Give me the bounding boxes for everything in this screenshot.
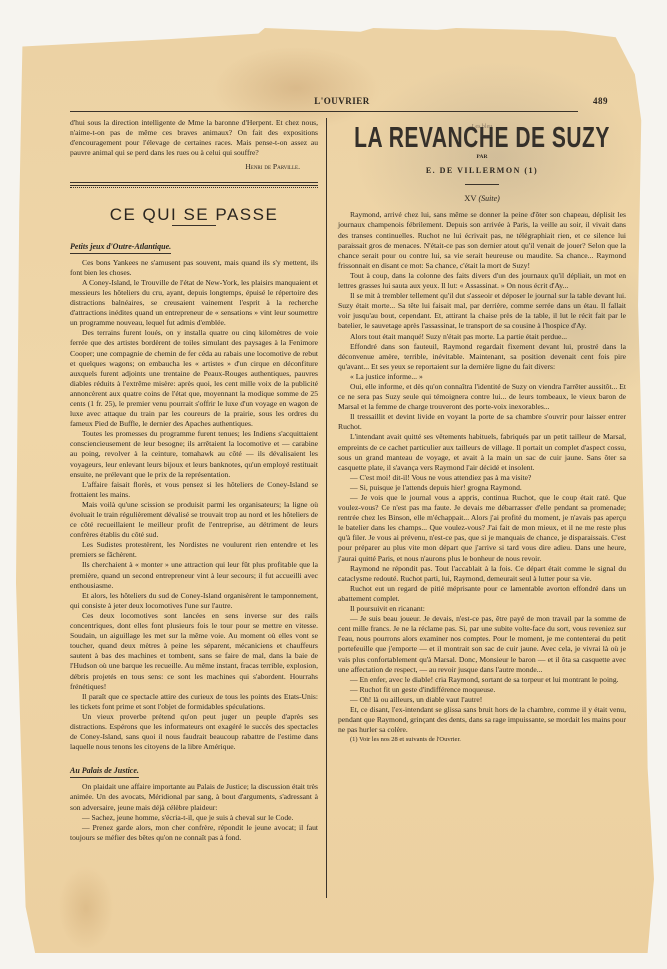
paragraph: Il tressaillit et devint livide en voyan… [338,412,626,432]
paragraph: Oui, elle informe, et dès qu'on connaîtr… [338,382,626,412]
right-column: Les bleu LA REVANCHE DE SUZY PAR E. DE V… [338,118,626,745]
paragraph: Il paraît que ce spectacle attire des cu… [70,692,318,712]
header-rule [70,111,578,112]
paragraph: Tout à coup, dans la colonne des faits d… [338,271,626,291]
subsection-heading: Petits jeux d'Outre-Atlantique. [70,242,171,254]
paragraph: Ces deux locomotives sont lancées en sen… [70,611,318,692]
paragraph: Ils cherchaient à « monter » une attract… [70,560,318,590]
paragraph: Raymond ne répondit pas. Tout l'accablai… [338,564,626,584]
chapter-note: (Suite) [478,194,499,203]
paragraph: L'affaire faisait florès, et vous pensez… [70,480,318,500]
paragraph: « La justice informe... » [338,372,626,382]
left-column: d'hui sous la direction intelligente de … [70,118,318,843]
subsections: Petits jeux d'Outre-Atlantique.Ces bons … [70,236,318,843]
paragraph: Alors tout était manqué! Suzy n'était pa… [338,332,626,342]
newspaper-title: L'OUVRIER [58,96,626,106]
paragraph: Les Sudistes protestèrent, les Nordistes… [70,540,318,560]
paragraph: Des terrains furent loués, on y installa… [70,328,318,429]
section-separator-dotted [70,187,318,188]
paragraph: Il poursuivit en ricanant: [338,604,626,614]
paragraph: — Je suis beau joueur. Je devais, n'est-… [338,614,626,675]
paragraph: A Coney-Island, le Trouville de l'état d… [70,278,318,328]
title-rule [172,225,216,226]
footnote: (1) Voir les nos 28 et suivants de l'Ouv… [338,735,626,745]
paragraph: Un vieux proverbe prétend qu'on peut jug… [70,712,318,752]
paragraph: — En enfer, avec le diable! cria Raymond… [338,675,626,685]
paragraph: Il se mit à trembler tellement qu'il dut… [338,291,626,331]
paragraph: Ruchot eut un regard de pitié méprisante… [338,584,626,604]
paragraph: — Prenez garde alors, mon cher confrère,… [70,823,318,843]
paragraph: — Ruchot fit un geste d'indifférence moq… [338,685,626,695]
chapter-heading: XV (Suite) [338,193,626,204]
paragraph: Ces bons Yankees ne s'amusent pas souven… [70,258,318,278]
paragraph: — Si, puisque je l'attends depuis hier! … [338,483,626,493]
intro-paragraph: d'hui sous la direction intelligente de … [70,118,318,158]
paragraph: — Oh! là ou ailleurs, un diable vaut l'a… [338,695,626,705]
paragraph: — Je vois que le journal vous a appris, … [338,493,626,564]
signature: Henri de Parville. [70,162,318,172]
running-head: L'OUVRIER 489 [58,96,626,110]
paragraph: Et alors, les hôteliers du sud de Coney-… [70,591,318,611]
page-number: 489 [593,96,608,106]
column-divider [326,118,327,898]
paragraph: Toutes les promesses du programme furent… [70,429,318,479]
section-separator [70,182,318,186]
paragraph: L'intendant avait quitté ses vêtements h… [338,432,626,472]
paragraph: — C'est moi! dit-il! Vous ne vous attend… [338,473,626,483]
section-title: CE QUI SE PASSE [70,210,318,220]
paragraph: Mais voilà qu'une scission se produisit … [70,500,318,540]
paragraph: Et, ce disant, l'ex-intendant se glissa … [338,705,626,735]
author: E. DE VILLERMON (1) [338,166,626,176]
paragraph: Effondré dans son fauteuil, Raymond rega… [338,342,626,372]
subsection-heading: Au Palais de Justice. [70,766,139,778]
paragraph: On plaidait une affaire importante au Pa… [70,782,318,812]
serial-title: LA REVANCHE DE SUZY [338,132,626,146]
chapter-number: XV [464,193,476,203]
paragraph: Raymond, arrivé chez lui, sans même se d… [338,210,626,271]
author-rule [465,184,499,185]
paragraph: — Sachez, jeune homme, s'écria-t-il, que… [70,813,318,823]
serial-body: Raymond, arrivé chez lui, sans même se d… [338,210,626,735]
